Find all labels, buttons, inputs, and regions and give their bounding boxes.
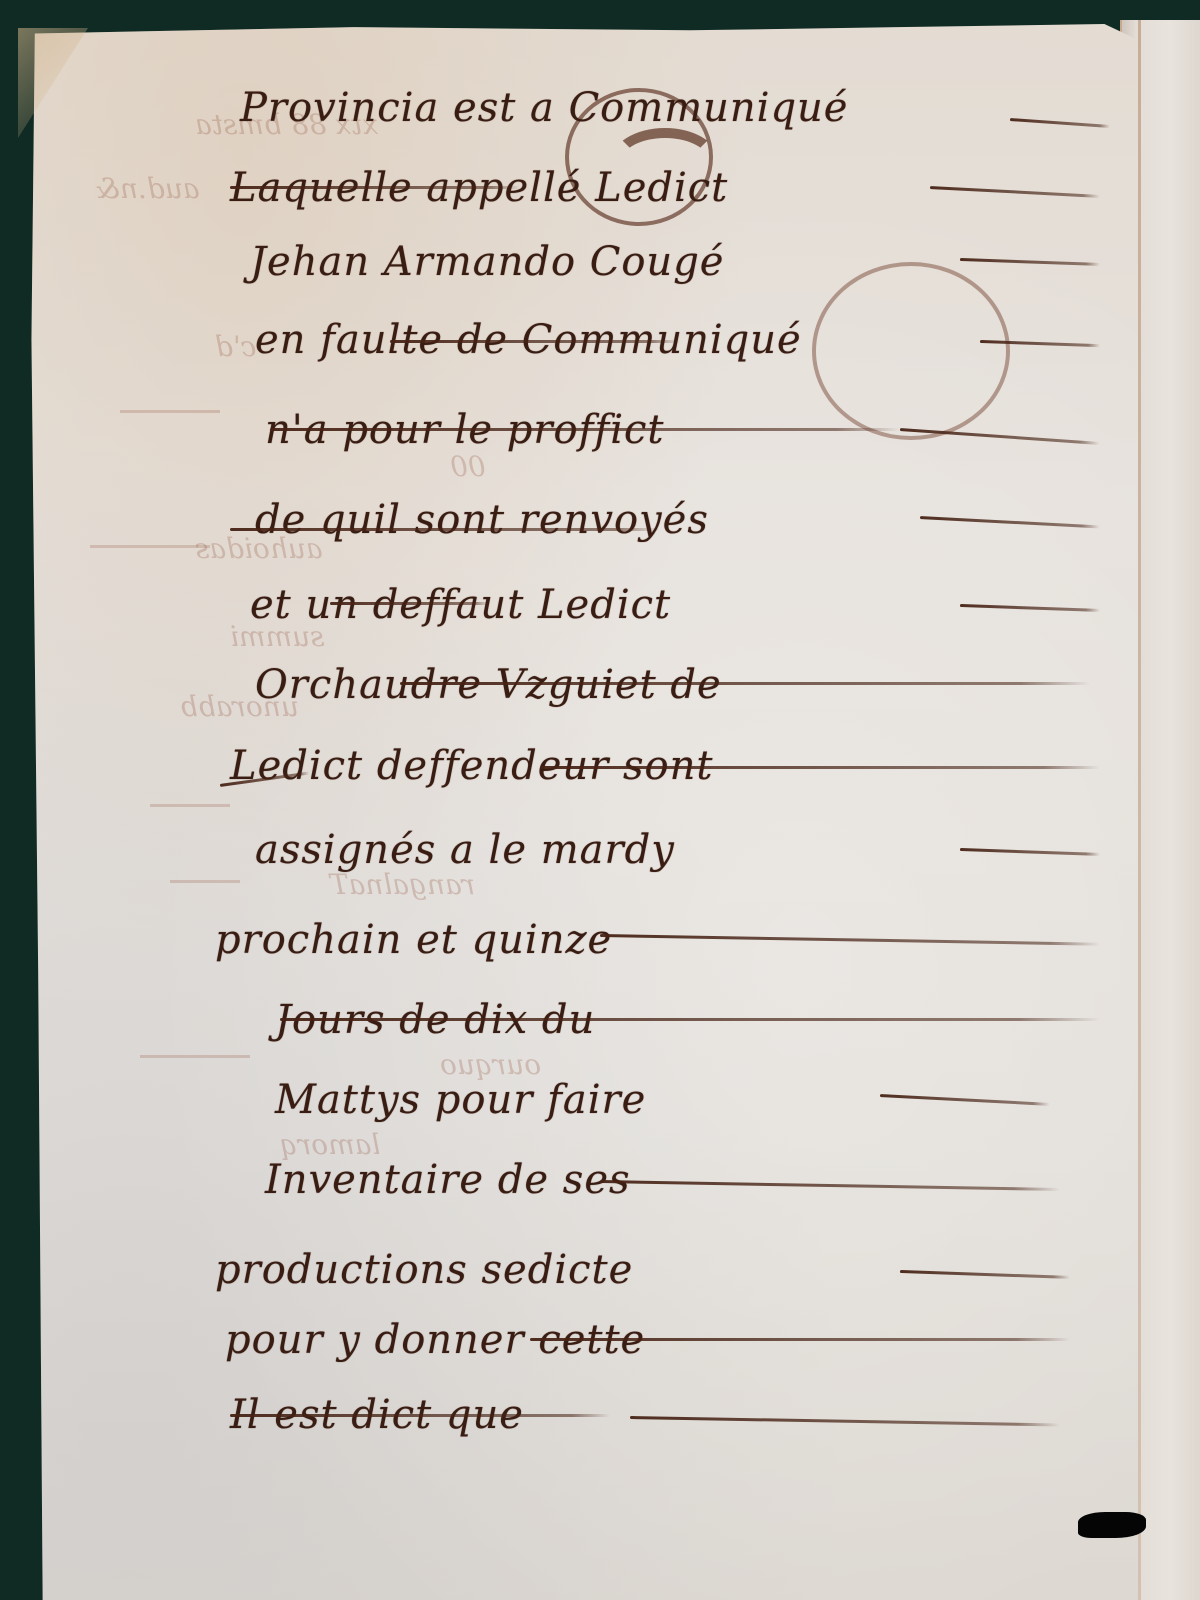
line-text: et un deffaut Ledict xyxy=(250,582,671,628)
circled-mark xyxy=(812,262,1010,440)
line-text: Orchaudre Vzguiet de xyxy=(255,662,722,708)
manuscript-line: prochain et quinze xyxy=(215,910,612,970)
manuscript-line: Mattys pour faire xyxy=(275,1070,646,1130)
strike-stroke xyxy=(390,340,680,343)
line-filler-stroke xyxy=(880,1094,1050,1106)
line-text: productions sedicte xyxy=(215,1247,633,1293)
manuscript-line: et un deffaut Ledict xyxy=(250,575,671,635)
line-text: Provincia est a Communiqué xyxy=(240,85,848,131)
strike-stroke xyxy=(600,1180,1060,1191)
line-text: Inventaire de ses xyxy=(265,1157,631,1203)
bleed-through-rule xyxy=(150,804,230,807)
bleed-through-text: aud.n& xyxy=(95,172,200,205)
line-filler-stroke xyxy=(960,848,1100,856)
bleed-through-text: c'd xyxy=(215,330,256,363)
line-filler-stroke xyxy=(930,186,1100,198)
strike-stroke xyxy=(540,766,1100,769)
manuscript-line: de quil sont renvoyés xyxy=(255,490,709,550)
bleed-through-rule xyxy=(90,545,210,548)
manuscript-line: productions sedicte xyxy=(215,1240,633,1300)
strike-stroke xyxy=(280,1018,1100,1021)
line-text: de quil sont renvoyés xyxy=(255,497,709,543)
manuscript-line: Provincia est a Communiqué xyxy=(240,78,848,138)
line-filler-stroke xyxy=(1010,118,1110,128)
strike-stroke xyxy=(270,428,900,431)
manuscript-line: Orchaudre Vzguiet de xyxy=(255,655,722,715)
strike-stroke xyxy=(330,602,490,605)
strike-stroke xyxy=(230,1414,610,1417)
line-text: assignés a le mardy xyxy=(255,827,675,873)
strike-stroke xyxy=(530,1338,1070,1341)
bleed-through-rule xyxy=(140,1055,250,1058)
manuscript-line: assignés a le mardy xyxy=(255,820,675,880)
strike-stroke xyxy=(400,682,1090,685)
strike-stroke xyxy=(600,934,1100,946)
strike-stroke xyxy=(230,528,660,531)
manuscript-body: xtx 88 bmsta aud.n& c'd 00 auhoidas summ… xyxy=(0,0,1200,1600)
strike-stroke xyxy=(630,1416,1060,1427)
manuscript-line: Inventaire de ses xyxy=(265,1150,631,1210)
bleed-through-rule xyxy=(120,410,220,413)
manuscript-line: Jehan Armando Cougé xyxy=(250,232,724,292)
strike-stroke xyxy=(230,186,520,189)
line-filler-stroke xyxy=(960,604,1100,612)
line-text: Jehan Armando Cougé xyxy=(250,239,724,285)
line-filler-stroke xyxy=(920,516,1100,528)
line-filler-stroke xyxy=(900,1270,1070,1279)
line-text: prochain et quinze xyxy=(215,917,612,963)
line-filler-stroke xyxy=(960,258,1100,266)
bleed-through-rule xyxy=(170,880,240,883)
line-text: Mattys pour faire xyxy=(275,1077,646,1123)
